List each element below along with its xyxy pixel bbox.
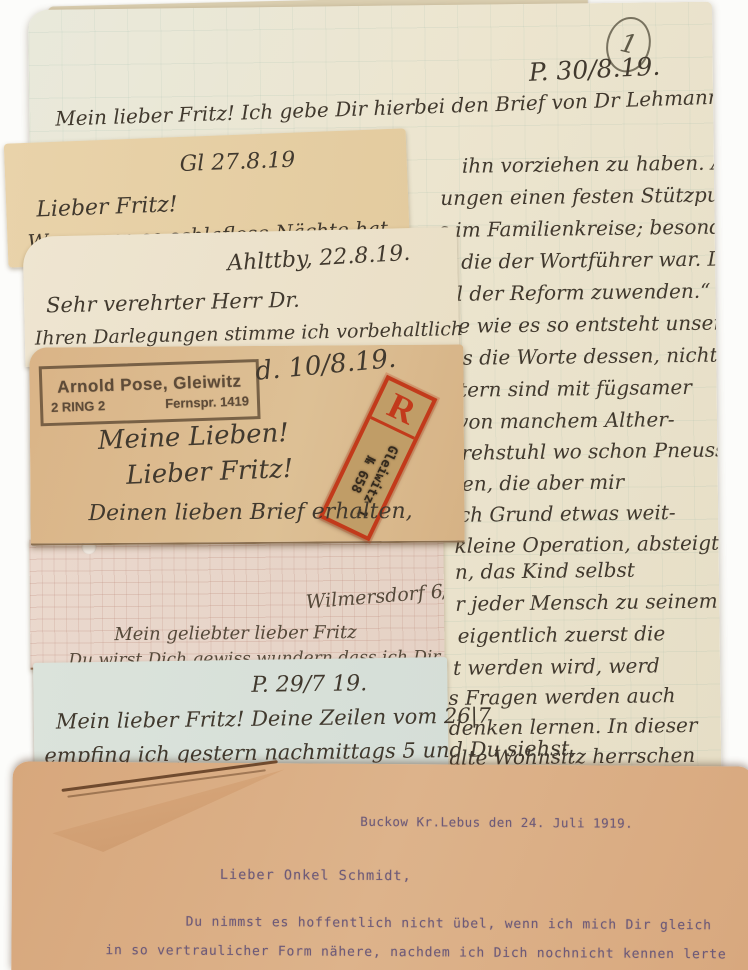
handwritten-line: s im Familienkreise; besonders schwie xyxy=(439,214,722,241)
letter-blue-date: P. 29/7 19. xyxy=(251,672,367,698)
letter-ahlttby-salutation: Sehr verehrter Herr Dr. xyxy=(46,289,300,318)
letter-blue-line-1: Mein lieber Fritz! Deine Zeilen vom 26|7 xyxy=(56,705,491,734)
handwritten-line: eigentlich zuerst die xyxy=(458,622,666,647)
typed-salutation: Lieber Onkel Schmidt, xyxy=(220,867,412,884)
main-letter-opening-line: Mein lieber Fritz! Ich gebe Dir hierbei … xyxy=(55,86,721,130)
stamp-address: 2 RING 2 xyxy=(51,398,106,415)
handwritten-line: die der Wortführer war. Da xyxy=(461,247,722,272)
handwritten-line: l der Reform zuwenden.“ xyxy=(456,280,710,305)
handwritten-line: kleine Operation, absteigt xyxy=(454,532,719,557)
handwritten-line: ss die Worte dessen, nicht xyxy=(452,344,718,369)
sender-rubber-stamp: Arnold Pose, Gleiwitz 2 RING 2 Fernspr. … xyxy=(39,359,261,426)
letter-wilmersdorf-salutation: Mein geliebter lieber Fritz xyxy=(114,623,357,645)
handwritten-line: lich Grund etwas weit- xyxy=(446,501,676,526)
stamp-phone: Fernspr. 1419 xyxy=(165,393,249,411)
envelope-date: d. 10/8.19. xyxy=(254,345,397,387)
handwritten-line: n, das Kind selbst xyxy=(455,559,635,583)
letter-gl-salutation: Lieber Fritz! xyxy=(36,193,178,223)
typed-body-line-2: in so vertraulicher Form nähere, nachdem… xyxy=(105,943,726,962)
main-letter-date: P. 30/8.19. xyxy=(528,53,661,87)
envelope-flap-fold xyxy=(52,768,285,854)
envelope-salutation-2: Lieber Fritz! xyxy=(126,455,294,491)
handwritten-line: Drehstuhl wo schon Pneussü- xyxy=(445,438,721,464)
handwritten-line: von manchem Alther- xyxy=(457,408,675,433)
letter-gl-date: Gl 27.8.19 xyxy=(179,149,295,178)
handwritten-line: r jeder Mensch zu seinem xyxy=(455,590,718,615)
handwritten-line: le wie es so entsteht unserer xyxy=(452,311,722,337)
handwritten-line: t werden wird, werd xyxy=(453,654,660,679)
typed-body-line-1: Du nimmst es hoffentlich nicht übel, wen… xyxy=(186,915,712,934)
handwritten-line: tten, die aber mir xyxy=(446,471,625,495)
letter-ahlttby-dateline: Ahlttby, 22.8.19. xyxy=(227,242,411,277)
letter-wilmersdorf-sheet: Wilmersdorf 6/8.19 Mein geliebter lieber… xyxy=(29,536,444,670)
handwritten-line: ungen einen festen Stützpunkt gab, xyxy=(440,183,721,209)
letter-wilmersdorf-dateline: Wilmersdorf 6/8.19 xyxy=(305,578,444,613)
envelope-gleiwitz: Arnold Pose, Gleiwitz 2 RING 2 Fernspr. … xyxy=(29,344,464,545)
letters-photo: 1 P. 30/8.19. Mein lieber Fritz! Ich geb… xyxy=(0,0,748,970)
handwritten-line: ltern sind mit fügsamer xyxy=(453,376,692,401)
handwritten-line: ihn vorziehen zu haben. Als ich vor xyxy=(462,150,722,176)
envelope-line: Deinen lieben Brief erhalten, xyxy=(88,500,412,526)
envelope-salutation-1: Meine Lieben! xyxy=(97,419,289,456)
typed-dateline: Buckow Kr.Lebus den 24. Juli 1919. xyxy=(360,814,633,831)
typed-letter-envelope: Buckow Kr.Lebus den 24. Juli 1919. Liebe… xyxy=(11,761,748,970)
